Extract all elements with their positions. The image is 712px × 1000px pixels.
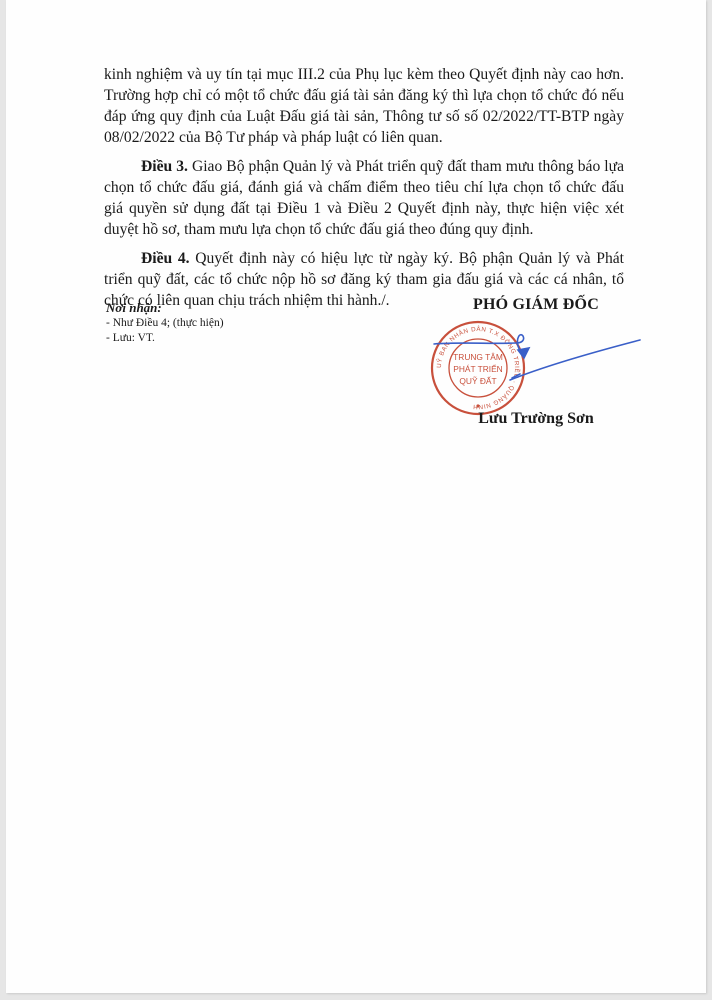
recipient-item: - Lưu: VT. [106, 331, 224, 346]
document-page: kinh nghiệm và uy tín tại mục III.2 của … [6, 0, 706, 993]
signer-position: PHÓ GIÁM ĐỐC [446, 296, 626, 314]
stamp-line: QUỸ ĐẤT [459, 376, 496, 386]
recipients-title: Nơi nhận: [106, 300, 224, 316]
stamp-line: PHÁT TRIỂN [453, 363, 503, 374]
paragraph-continuation: kinh nghiệm và uy tín tại mục III.2 của … [104, 64, 624, 148]
paragraph-article-3: Điều 3. Giao Bộ phận Quản lý và Phát tri… [104, 156, 624, 240]
recipient-item: - Như Điều 4; (thực hiện) [106, 316, 224, 331]
signer-name: Lưu Trường Sơn [456, 410, 616, 428]
recipients-block: Nơi nhận: - Như Điều 4; (thực hiện) - Lư… [106, 300, 224, 346]
signature-block: PHÓ GIÁM ĐỐC [446, 296, 626, 314]
paragraph-text: kinh nghiệm và uy tín tại mục III.2 của … [104, 66, 624, 146]
document-body: kinh nghiệm và uy tín tại mục III.2 của … [104, 64, 624, 319]
stamp-line: TRUNG TÂM [453, 352, 503, 362]
article-heading: Điều 3. [141, 158, 188, 175]
article-heading: Điều 4. [141, 250, 190, 267]
official-stamp-icon: UỶ BAN NHÂN DÂN T.X ĐÔNG TRIỀU · QUẢNG N… [430, 318, 660, 423]
